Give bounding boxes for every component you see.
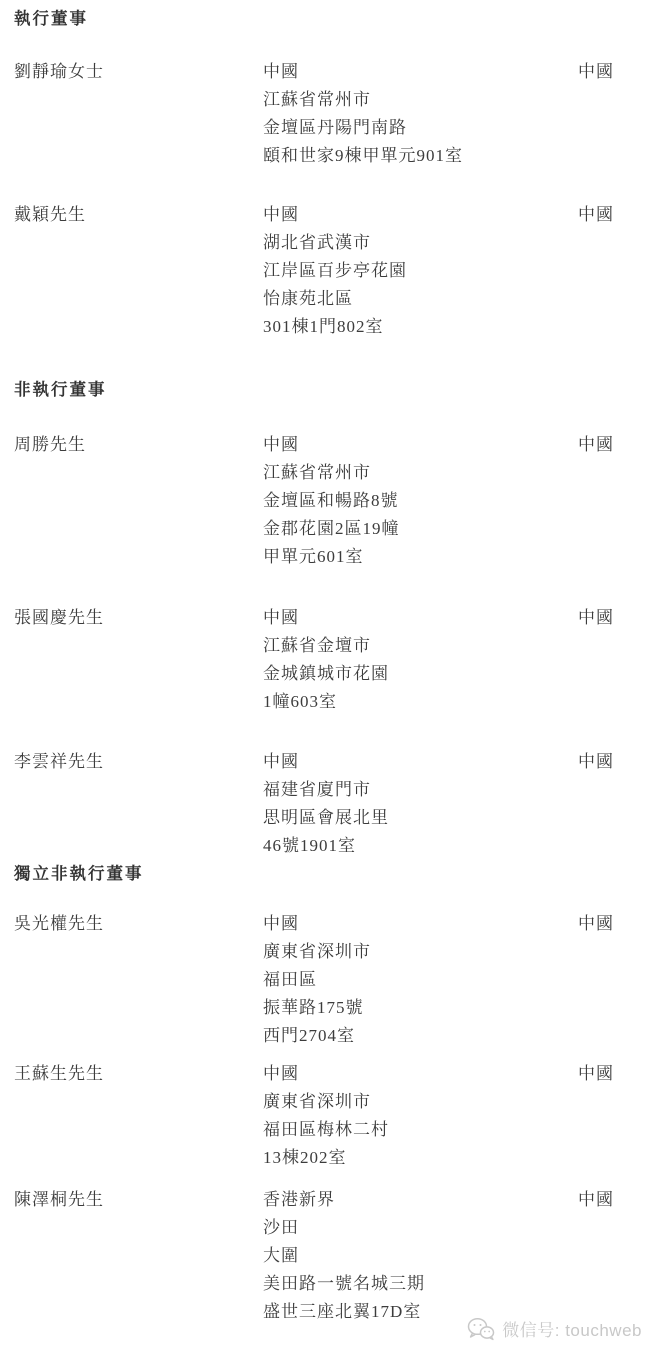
address-line: 大圍	[263, 1242, 578, 1270]
address-line: 福田區	[263, 966, 578, 994]
director-name: 李雲祥先生	[14, 748, 263, 776]
address-line: 廣東省深圳市	[263, 938, 578, 966]
address-line: 振華路175號	[263, 994, 578, 1022]
address-line: 頤和世家9棟甲單元901室	[263, 142, 578, 170]
address-line: 江岸區百步亭花園	[263, 257, 578, 285]
section-heading-independent-non-executive-directors: 獨立非執行董事	[0, 860, 660, 888]
address-line: 香港新界	[263, 1186, 578, 1214]
address-line: 金壇區丹陽門南路	[263, 114, 578, 142]
director-nationality: 中國	[578, 201, 614, 229]
director-address: 中國 江蘇省常州市 金壇區丹陽門南路 頤和世家9棟甲單元901室	[263, 58, 578, 170]
director-name: 戴穎先生	[14, 201, 263, 229]
director-name: 陳澤桐先生	[14, 1186, 263, 1214]
address-line: 中國	[263, 58, 578, 86]
address-line: 中國	[263, 748, 578, 776]
directors-page: 執行董事 劉靜瑜女士 中國 江蘇省常州市 金壇區丹陽門南路 頤和世家9棟甲單元9…	[0, 0, 660, 1353]
section-heading-executive-directors: 執行董事	[0, 5, 660, 33]
director-address: 中國 江蘇省常州市 金壇區和暢路8號 金郡花園2區19幢 甲單元601室	[263, 431, 578, 571]
section-heading-non-executive-directors: 非執行董事	[0, 376, 660, 404]
address-line: 中國	[263, 910, 578, 938]
address-line: 中國	[263, 201, 578, 229]
address-line: 金壇區和暢路8號	[263, 487, 578, 515]
address-line: 沙田	[263, 1214, 578, 1242]
address-line: 中國	[263, 1060, 578, 1088]
director-address: 香港新界 沙田 大圍 美田路一號名城三期 盛世三座北翼17D室	[263, 1186, 578, 1326]
watermark-label: 微信号: touchweb	[502, 1316, 642, 1341]
director-row: 李雲祥先生 中國 福建省廈門市 思明區會展北里 46號1901室 中國	[0, 748, 660, 860]
director-row: 張國慶先生 中國 江蘇省金壇市 金城鎮城市花園 1幢603室 中國	[0, 604, 660, 716]
wechat-icon	[467, 1317, 495, 1341]
address-line: 江蘇省常州市	[263, 459, 578, 487]
address-line: 13棟202室	[263, 1144, 578, 1172]
director-nationality: 中國	[578, 910, 614, 938]
director-name: 王蘇生先生	[14, 1060, 263, 1088]
director-nationality: 中國	[578, 1060, 614, 1088]
director-row: 周勝先生 中國 江蘇省常州市 金壇區和暢路8號 金郡花園2區19幢 甲單元601…	[0, 431, 660, 571]
director-row: 陳澤桐先生 香港新界 沙田 大圍 美田路一號名城三期 盛世三座北翼17D室 中國	[0, 1186, 660, 1326]
address-line: 金郡花園2區19幢	[263, 515, 578, 543]
address-line: 江蘇省常州市	[263, 86, 578, 114]
director-row: 劉靜瑜女士 中國 江蘇省常州市 金壇區丹陽門南路 頤和世家9棟甲單元901室 中…	[0, 58, 660, 170]
director-nationality: 中國	[578, 748, 614, 776]
address-line: 美田路一號名城三期	[263, 1270, 578, 1298]
address-line: 福建省廈門市	[263, 776, 578, 804]
address-line: 金城鎮城市花園	[263, 660, 578, 688]
director-name: 周勝先生	[14, 431, 263, 459]
director-name: 吳光權先生	[14, 910, 263, 938]
address-line: 西門2704室	[263, 1022, 578, 1050]
director-row: 吳光權先生 中國 廣東省深圳市 福田區 振華路175號 西門2704室 中國	[0, 910, 660, 1050]
director-address: 中國 福建省廈門市 思明區會展北里 46號1901室	[263, 748, 578, 860]
director-name: 劉靜瑜女士	[14, 58, 263, 86]
director-address: 中國 廣東省深圳市 福田區梅林二村 13棟202室	[263, 1060, 578, 1172]
address-line: 廣東省深圳市	[263, 1088, 578, 1116]
address-line: 怡康苑北區	[263, 285, 578, 313]
director-row: 王蘇生先生 中國 廣東省深圳市 福田區梅林二村 13棟202室 中國	[0, 1060, 660, 1172]
wechat-watermark: 微信号: touchweb	[467, 1316, 642, 1341]
director-nationality: 中國	[578, 604, 614, 632]
address-line: 301棟1門802室	[263, 313, 578, 341]
director-address: 中國 江蘇省金壇市 金城鎮城市花園 1幢603室	[263, 604, 578, 716]
director-name: 張國慶先生	[14, 604, 263, 632]
address-line: 福田區梅林二村	[263, 1116, 578, 1144]
address-line: 中國	[263, 604, 578, 632]
address-line: 中國	[263, 431, 578, 459]
address-line: 江蘇省金壇市	[263, 632, 578, 660]
address-line: 46號1901室	[263, 832, 578, 860]
address-line: 甲單元601室	[263, 543, 578, 571]
director-nationality: 中國	[578, 1186, 614, 1214]
director-address: 中國 湖北省武漢市 江岸區百步亭花園 怡康苑北區 301棟1門802室	[263, 201, 578, 341]
director-nationality: 中國	[578, 58, 614, 86]
director-row: 戴穎先生 中國 湖北省武漢市 江岸區百步亭花園 怡康苑北區 301棟1門802室…	[0, 201, 660, 341]
address-line: 思明區會展北里	[263, 804, 578, 832]
address-line: 1幢603室	[263, 688, 578, 716]
director-address: 中國 廣東省深圳市 福田區 振華路175號 西門2704室	[263, 910, 578, 1050]
address-line: 湖北省武漢市	[263, 229, 578, 257]
director-nationality: 中國	[578, 431, 614, 459]
